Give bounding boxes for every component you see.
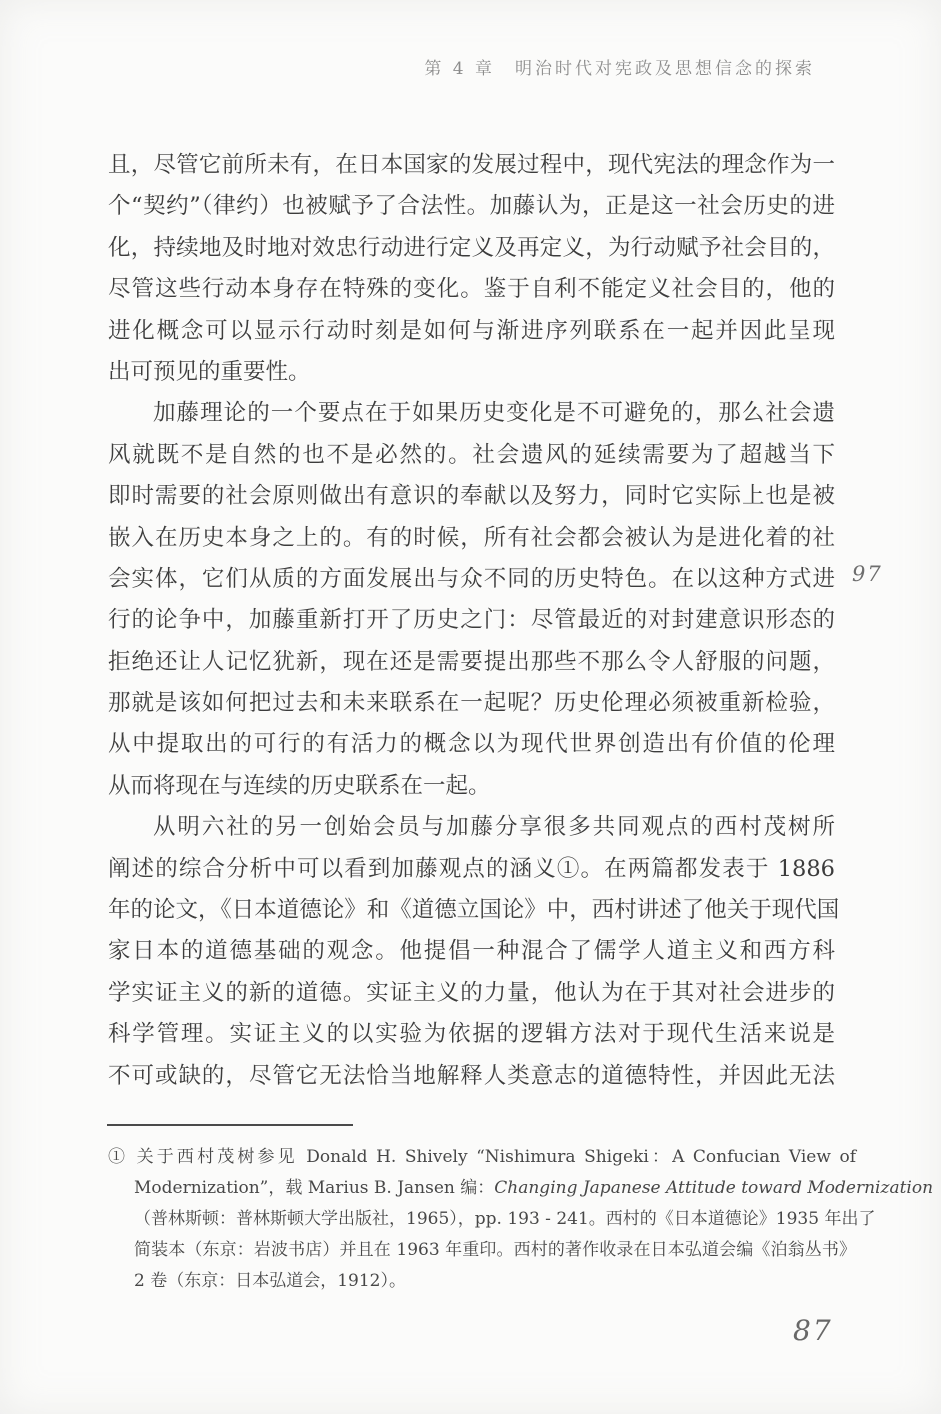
footnote-line: 简装本（东京：岩波书店）并且在 1963 年重印。西村的著作收录在日本弘道会编《… — [108, 1235, 856, 1266]
running-header: 第 4 章 明治时代对宪政及思想信念的探索 — [0, 54, 815, 79]
body-line: 出可预见的重要性。 — [108, 352, 835, 393]
body-line: 且，尽管它前所未有，在日本国家的发展过程中，现代宪法的理念作为一 — [108, 145, 835, 186]
body-line: 学实证主义的新的道德。实证主义的力量，他认为在于其对社会进步的 — [108, 973, 835, 1014]
body-line: 即时需要的社会原则做出有意识的奉献以及努力，同时它实际上也是被 — [108, 476, 835, 517]
body-line: 进化概念可以显示行动时刻是如何与渐进序列联系在一起并因此呈现 — [108, 311, 835, 352]
footnote-text: 2 卷（东京：日本弘道会，1912）。 — [134, 1271, 406, 1291]
body-line: 科学管理。实证主义的以实验为依据的逻辑方法对于现代生活来说是 — [108, 1014, 835, 1055]
footnote-text: 简装本（东京：岩波书店）并且在 1963 年重印。西村的著作收录在日本弘道会编《… — [134, 1240, 856, 1260]
body-line: 那就是该如何把过去和未来联系在一起呢？历史伦理必须被重新检验， — [108, 683, 835, 724]
body-line: 拒绝还让人记忆犹新，现在还是需要提出那些不那么令人舒服的问题， — [108, 642, 835, 683]
footnote-text: （普林斯顿：普林斯顿大学出版社，1965），pp. 193 - 241。西村的《… — [134, 1209, 875, 1229]
body-line: 会实体，它们从质的方面发展出与众不同的历史特色。在以这种方式进 — [108, 559, 835, 600]
body-line: 年的论文，《日本道德论》和《道德立国论》中，西村讲述了他关于现代国 — [108, 890, 835, 931]
body-line: 行的论争中，加藤重新打开了历史之门：尽管最近的对封建意识形态的 — [108, 600, 835, 641]
footnote-line: 2 卷（东京：日本弘道会，1912）。 — [108, 1266, 856, 1297]
body-line: 尽管这些行动本身存在特殊的变化。鉴于自利不能定义社会目的，他的 — [108, 269, 835, 310]
footnote-text: Modernization”，载 Marius B. Jansen 编： — [134, 1178, 494, 1198]
body-line: 从而将现在与连续的历史联系在一起。 — [108, 766, 835, 807]
footnote-text: ① 关于西村茂树参见 Donald H. Shively “Nishimura … — [108, 1147, 856, 1167]
body-line: 从明六社的另一创始会员与加藤分享很多共同观点的西村茂树所 — [108, 807, 835, 848]
page-number: 87 — [793, 1314, 833, 1347]
body-line: 不可或缺的，尽管它无法恰当地解释人类意志的道德特性，并因此无法 — [108, 1056, 835, 1097]
body-line: 个“契约”（律约）也被赋予了合法性。加藤认为，正是这一社会历史的进 — [108, 186, 835, 227]
body-line: 阐述的综合分析中可以看到加藤观点的涵义①。在两篇都发表于 1886 — [108, 849, 835, 890]
body-line: 从中提取出的可行的有活力的概念以为现代世界创造出有价值的伦理 — [108, 724, 835, 765]
margin-page-ref: 97 — [852, 562, 883, 586]
footnote-line: ① 关于西村茂树参见 Donald H. Shively “Nishimura … — [108, 1142, 856, 1173]
footnote-citation-title: Changing Japanese Attitude toward Modern… — [494, 1178, 933, 1198]
footnote-separator — [107, 1124, 353, 1126]
body-line: 化，持续地及时地对效忠行动进行定义及再定义，为行动赋予社会目的， — [108, 228, 835, 269]
body-line: 风就既不是自然的也不是必然的。社会遗风的延续需要为了超越当下 — [108, 435, 835, 476]
body-text: 且，尽管它前所未有，在日本国家的发展过程中，现代宪法的理念作为一个“契约”（律约… — [108, 145, 835, 1097]
body-line: 家日本的道德基础的观念。他提倡一种混合了儒学人道主义和西方科 — [108, 931, 835, 972]
footnote-line: Modernization”，载 Marius B. Jansen 编：Chan… — [108, 1173, 856, 1204]
footnote-line: （普林斯顿：普林斯顿大学出版社，1965），pp. 193 - 241。西村的《… — [108, 1204, 856, 1235]
body-line: 加藤理论的一个要点在于如果历史变化是不可避免的，那么社会遗 — [108, 393, 835, 434]
body-line: 嵌入在历史本身之上的。有的时候，所有社会都会被认为是进化着的社 — [108, 518, 835, 559]
book-page: { "header": { "running_title": "第 4 章 明治… — [0, 0, 941, 1414]
footnote: ① 关于西村茂树参见 Donald H. Shively “Nishimura … — [108, 1142, 856, 1297]
